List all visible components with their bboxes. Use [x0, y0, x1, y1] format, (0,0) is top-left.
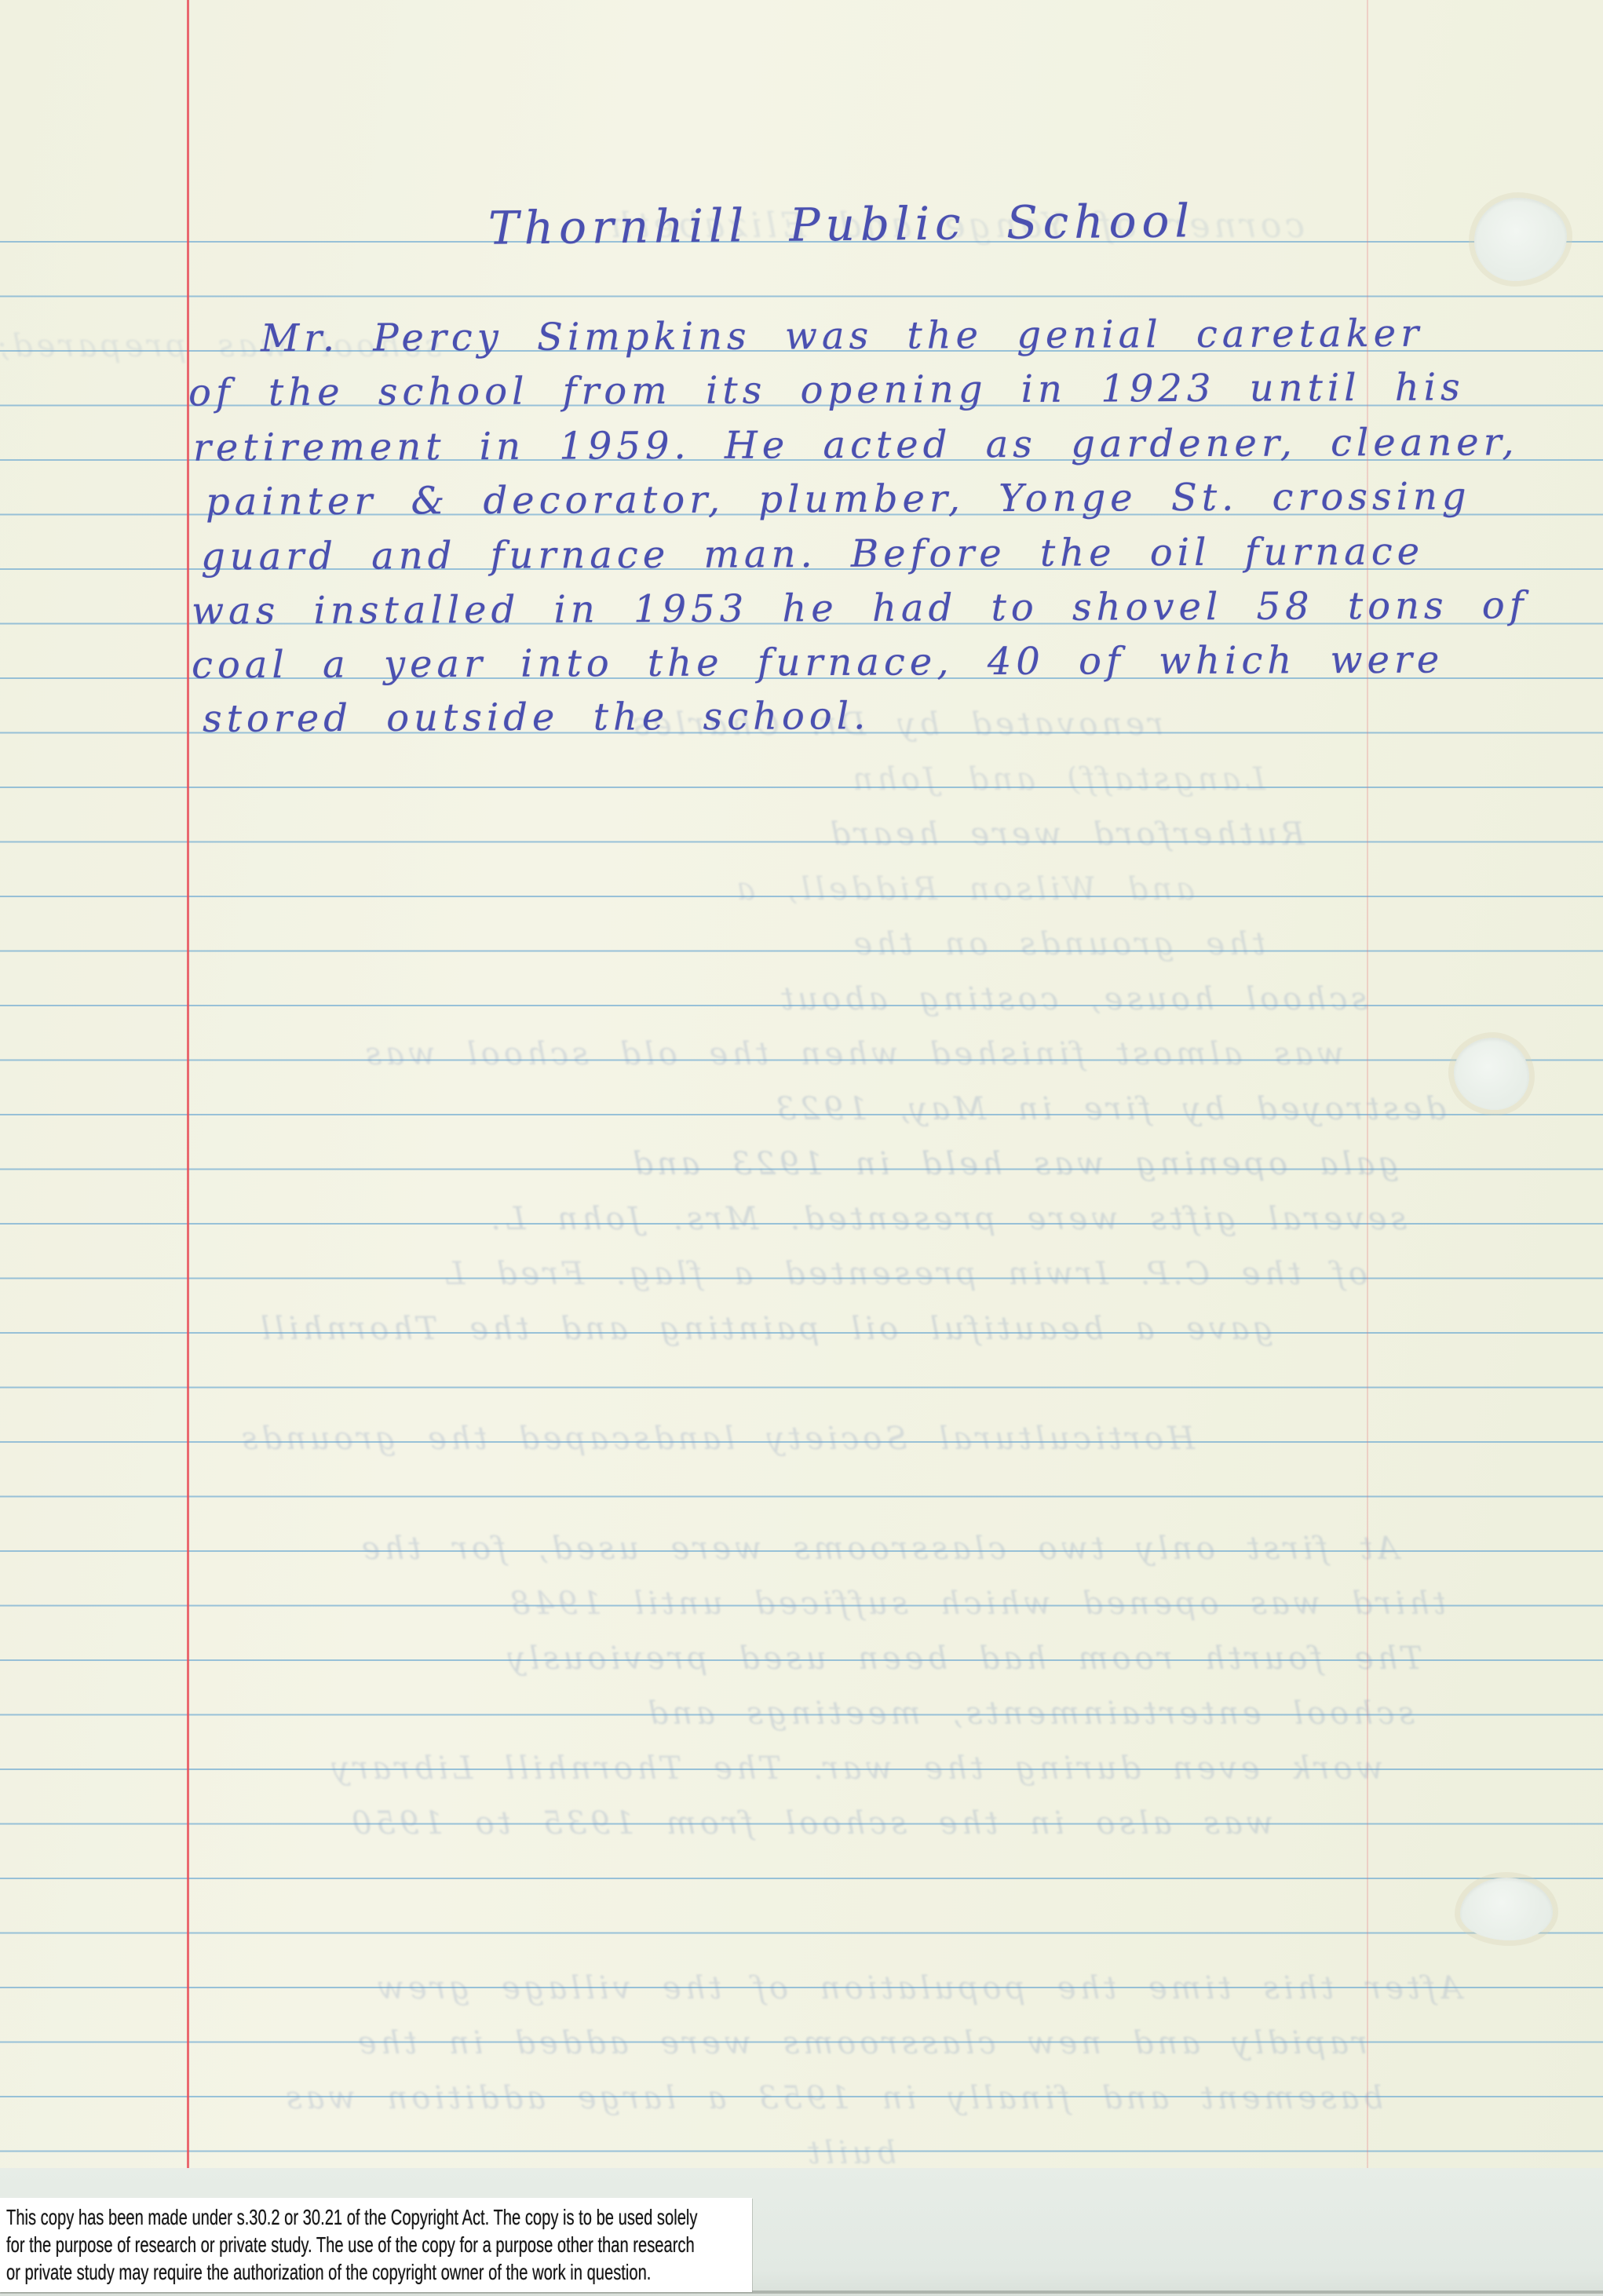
handwriting-line: retirement in 1959. He acted as gardener… [193, 420, 1519, 469]
handwriting-line: of the school from its opening in 1923 u… [188, 365, 1465, 414]
handwriting-layer: Thornhill Public School Mr. Percy Simpki… [0, 0, 1603, 2168]
handwriting-line: stored outside the school. [203, 694, 871, 741]
handwriting-line: Mr. Percy Simpkins was the genial careta… [261, 312, 1423, 360]
handwriting-line: was installed in 1953 he had to shovel 5… [192, 583, 1528, 633]
stamp-line: or private study may require the authori… [6, 2258, 741, 2286]
copyright-stamp: This copy has been made under s.30.2 or … [0, 2198, 752, 2292]
handwriting-line: coal a year into the furnace, 40 of whic… [192, 638, 1444, 688]
stamp-line: for the purpose of research or private s… [6, 2231, 741, 2258]
stamp-line: This copy has been made under s.30.2 or … [6, 2203, 741, 2231]
scanned-document-page: { "document": { "title": "Thornhill Publ… [0, 0, 1603, 2296]
page-title: Thornhill Public School [488, 194, 1196, 254]
copyright-stamp-text: This copy has been made under s.30.2 or … [6, 2203, 741, 2286]
damage-spot [1460, 1878, 1553, 1940]
handwriting-line: painter & decorator, plumber, Yonge St. … [206, 474, 1471, 524]
handwriting-line: guard and furnace man. Before the oil fu… [201, 530, 1424, 579]
notebook-paper: corner of Yonge and Elizabethschool was … [0, 0, 1603, 2168]
